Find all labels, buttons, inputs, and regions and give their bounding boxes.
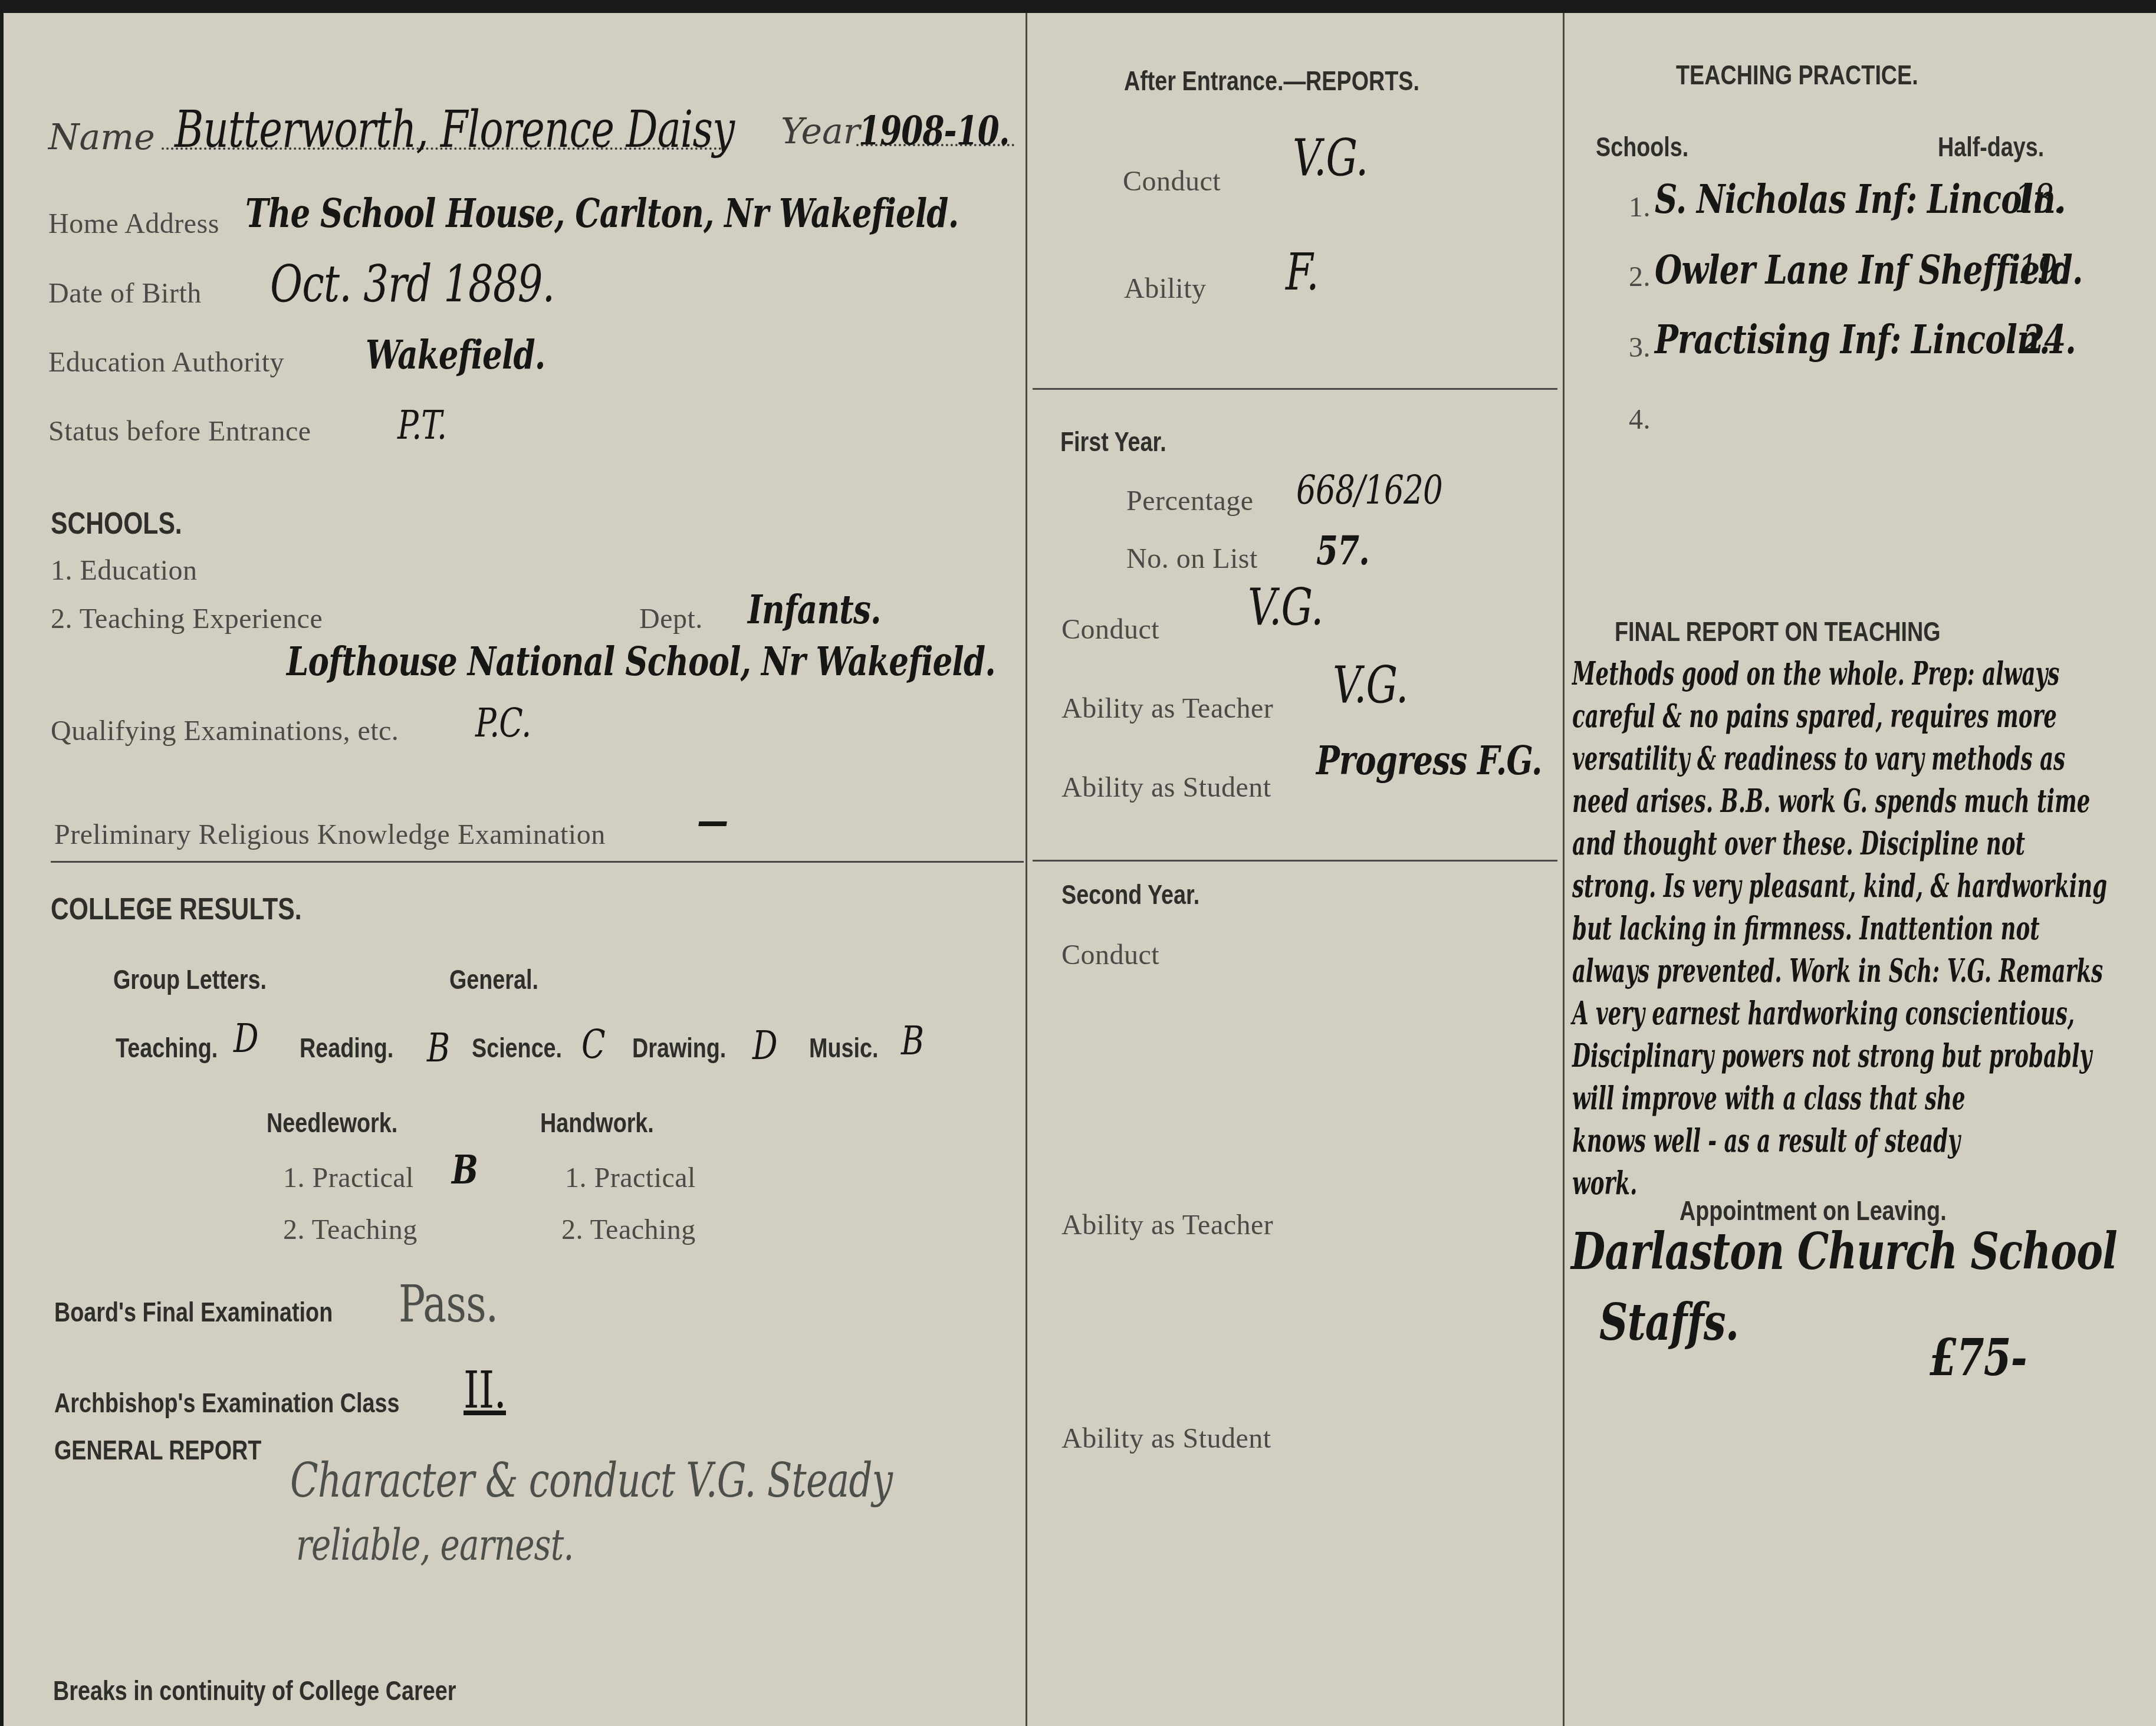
general-report-label: GENERAL REPORT — [54, 1434, 261, 1466]
schools-column-header: Schools. — [1596, 131, 1688, 163]
practice-number: 1. — [1629, 191, 1651, 223]
column-divider-2 — [1563, 13, 1565, 1726]
breaks-label: Breaks in continuity of College Career — [53, 1675, 456, 1707]
practice-number: 2. — [1629, 261, 1651, 293]
appointment-line1: Darlaston Church School — [1571, 1222, 2117, 1281]
name-value: Butterworth, Florence Daisy — [175, 100, 734, 159]
salary-value: £75- — [1930, 1328, 2027, 1388]
no-on-list-label: No. on List — [1126, 543, 1258, 575]
no-on-list-value: 57. — [1316, 527, 1369, 574]
home-address-value: The School House, Carlton, Nr Wakefield. — [245, 190, 958, 237]
final-report-line: careful & no pains spared, requires more — [1572, 697, 2057, 735]
sy-teacher-label: Ability as Teacher — [1061, 1209, 1273, 1241]
student-record-card: Name Butterworth, Florence Daisy Year 19… — [4, 13, 2156, 1726]
final-report-line: work. — [1572, 1164, 1637, 1202]
middle-divider-1 — [1033, 388, 1557, 390]
subject-label: Teaching. — [116, 1032, 218, 1064]
handwork-teaching-label: 2. Teaching — [561, 1214, 696, 1246]
fy-conduct-value: V.G. — [1248, 578, 1323, 637]
final-report-line: and thought over these. Discipline not — [1572, 824, 2025, 862]
fy-student-value: Progress F.G. — [1316, 737, 1542, 784]
handwork-practical-label: 1. Practical — [565, 1162, 696, 1194]
general-label: General. — [449, 964, 538, 995]
sy-student-label: Ability as Student — [1061, 1422, 1271, 1455]
dept-label: Dept. — [639, 603, 703, 635]
dob-value: Oct. 3rd 1889. — [270, 255, 554, 314]
general-report-line1: Character & conduct V.G. Steady — [290, 1453, 892, 1508]
home-address-label: Home Address — [48, 208, 219, 240]
practice-number: 4. — [1629, 403, 1651, 436]
conduct-value: V.G. — [1293, 129, 1368, 188]
final-report-line: Methods good on the whole. Prep: always — [1572, 655, 2059, 692]
year-value: 1908-10. — [859, 107, 1010, 154]
practice-halfdays: 18. — [2014, 176, 2063, 222]
subject-label: Music. — [809, 1032, 878, 1064]
second-year-heading: Second Year. — [1061, 879, 1199, 910]
practice-school: S. Nicholas Inf: Lincoln. — [1655, 176, 2066, 223]
left-section-divider — [51, 861, 1024, 863]
final-report-line: knows well - as a result of steady — [1572, 1122, 1960, 1159]
subject-grade: B — [427, 1025, 449, 1071]
practice-school: Practising Inf: Lincoln. — [1655, 316, 2050, 363]
dob-label: Date of Birth — [48, 277, 202, 310]
final-report-line: but lacking in firmness. Inattention not — [1572, 909, 2040, 947]
subject-grade: B — [901, 1018, 923, 1064]
subject-grade: C — [581, 1021, 605, 1068]
group-letters-label: Group Letters. — [113, 964, 267, 995]
boards-final-value: Pass. — [399, 1275, 498, 1334]
final-report-heading: FINAL REPORT ON TEACHING — [1615, 616, 1941, 647]
archbishop-value: II. — [464, 1361, 506, 1420]
schools-teaching-experience: 2. Teaching Experience — [51, 603, 323, 635]
teaching-practice-heading: TEACHING PRACTICE. — [1676, 59, 1918, 91]
final-report-line: strong. Is very pleasant, kind, & hardwo… — [1572, 867, 2107, 905]
first-year-heading: First Year. — [1060, 426, 1166, 458]
subject-label: Drawing. — [632, 1032, 726, 1064]
percentage-value: 668/1620 — [1296, 467, 1442, 514]
religious-value: — — [697, 797, 728, 844]
education-authority-value: Wakefield. — [366, 331, 545, 379]
subject-grade: D — [234, 1015, 258, 1062]
dept-value: Infants. — [748, 586, 881, 633]
name-label: Name — [48, 117, 155, 158]
after-entrance-heading: After Entrance.—REPORTS. — [1124, 65, 1419, 97]
subject-label: Reading. — [300, 1032, 393, 1064]
final-report-line: A very earnest hardworking conscientious… — [1572, 994, 2075, 1032]
ability-value: F. — [1286, 243, 1319, 302]
schools-heading: SCHOOLS. — [51, 506, 182, 541]
religious-label: Preliminary Religious Knowledge Examinat… — [54, 818, 606, 851]
final-report-line: Disciplinary powers not strong but proba… — [1572, 1037, 2092, 1074]
college-results-heading: COLLEGE RESULTS. — [51, 892, 302, 927]
schools-education: 1. Education — [51, 554, 198, 587]
handwork-label: Handwork. — [540, 1107, 654, 1139]
conduct-label: Conduct — [1123, 165, 1221, 198]
fy-teacher-label: Ability as Teacher — [1061, 692, 1273, 725]
ability-label: Ability — [1124, 272, 1207, 305]
archbishop-label: Archbishop's Examination Class — [54, 1387, 399, 1419]
practice-halfdays: 19. — [2018, 246, 2066, 293]
fy-teacher-value: V.G. — [1333, 656, 1408, 715]
fy-conduct-label: Conduct — [1061, 613, 1159, 646]
general-report-line2: reliable, earnest. — [296, 1520, 574, 1570]
needlework-label: Needlework. — [267, 1107, 397, 1139]
column-divider-1 — [1026, 13, 1027, 1726]
appointment-line2: Staffs. — [1599, 1293, 1738, 1352]
qualifying-value: P.C. — [475, 700, 531, 747]
final-report-line: will improve with a class that she — [1572, 1079, 1966, 1117]
boards-final-label: Board's Final Examination — [54, 1296, 333, 1328]
status-label: Status before Entrance — [48, 415, 311, 448]
qualifying-label: Qualifying Examinations, etc. — [51, 715, 399, 747]
subject-grade: D — [752, 1023, 777, 1069]
needlework-practical-label: 1. Practical — [283, 1162, 414, 1194]
needlework-teaching-label: 2. Teaching — [283, 1214, 418, 1246]
education-authority-label: Education Authority — [48, 346, 284, 379]
subject-label: Science. — [472, 1032, 562, 1064]
final-report-line: versatility & readiness to vary methods … — [1572, 739, 2065, 777]
middle-divider-2 — [1033, 860, 1557, 862]
sy-conduct-label: Conduct — [1061, 939, 1159, 971]
practice-number: 3. — [1629, 331, 1651, 364]
practice-halfdays: 24. — [2023, 316, 2076, 363]
final-report-line: always prevented. Work in Sch: V.G. Rema… — [1572, 952, 2103, 989]
percentage-label: Percentage — [1126, 485, 1254, 517]
needlework-practical-grade: B — [452, 1146, 478, 1194]
final-report-line: need arises. B.B. work G. spends much ti… — [1572, 782, 2090, 820]
status-value: P.T. — [397, 402, 446, 449]
year-label: Year — [781, 111, 860, 152]
halfdays-column-header: Half-days. — [1938, 131, 2044, 163]
teaching-experience-value: Lofthouse National School, Nr Wakefield. — [287, 638, 995, 685]
fy-student-label: Ability as Student — [1061, 771, 1271, 804]
